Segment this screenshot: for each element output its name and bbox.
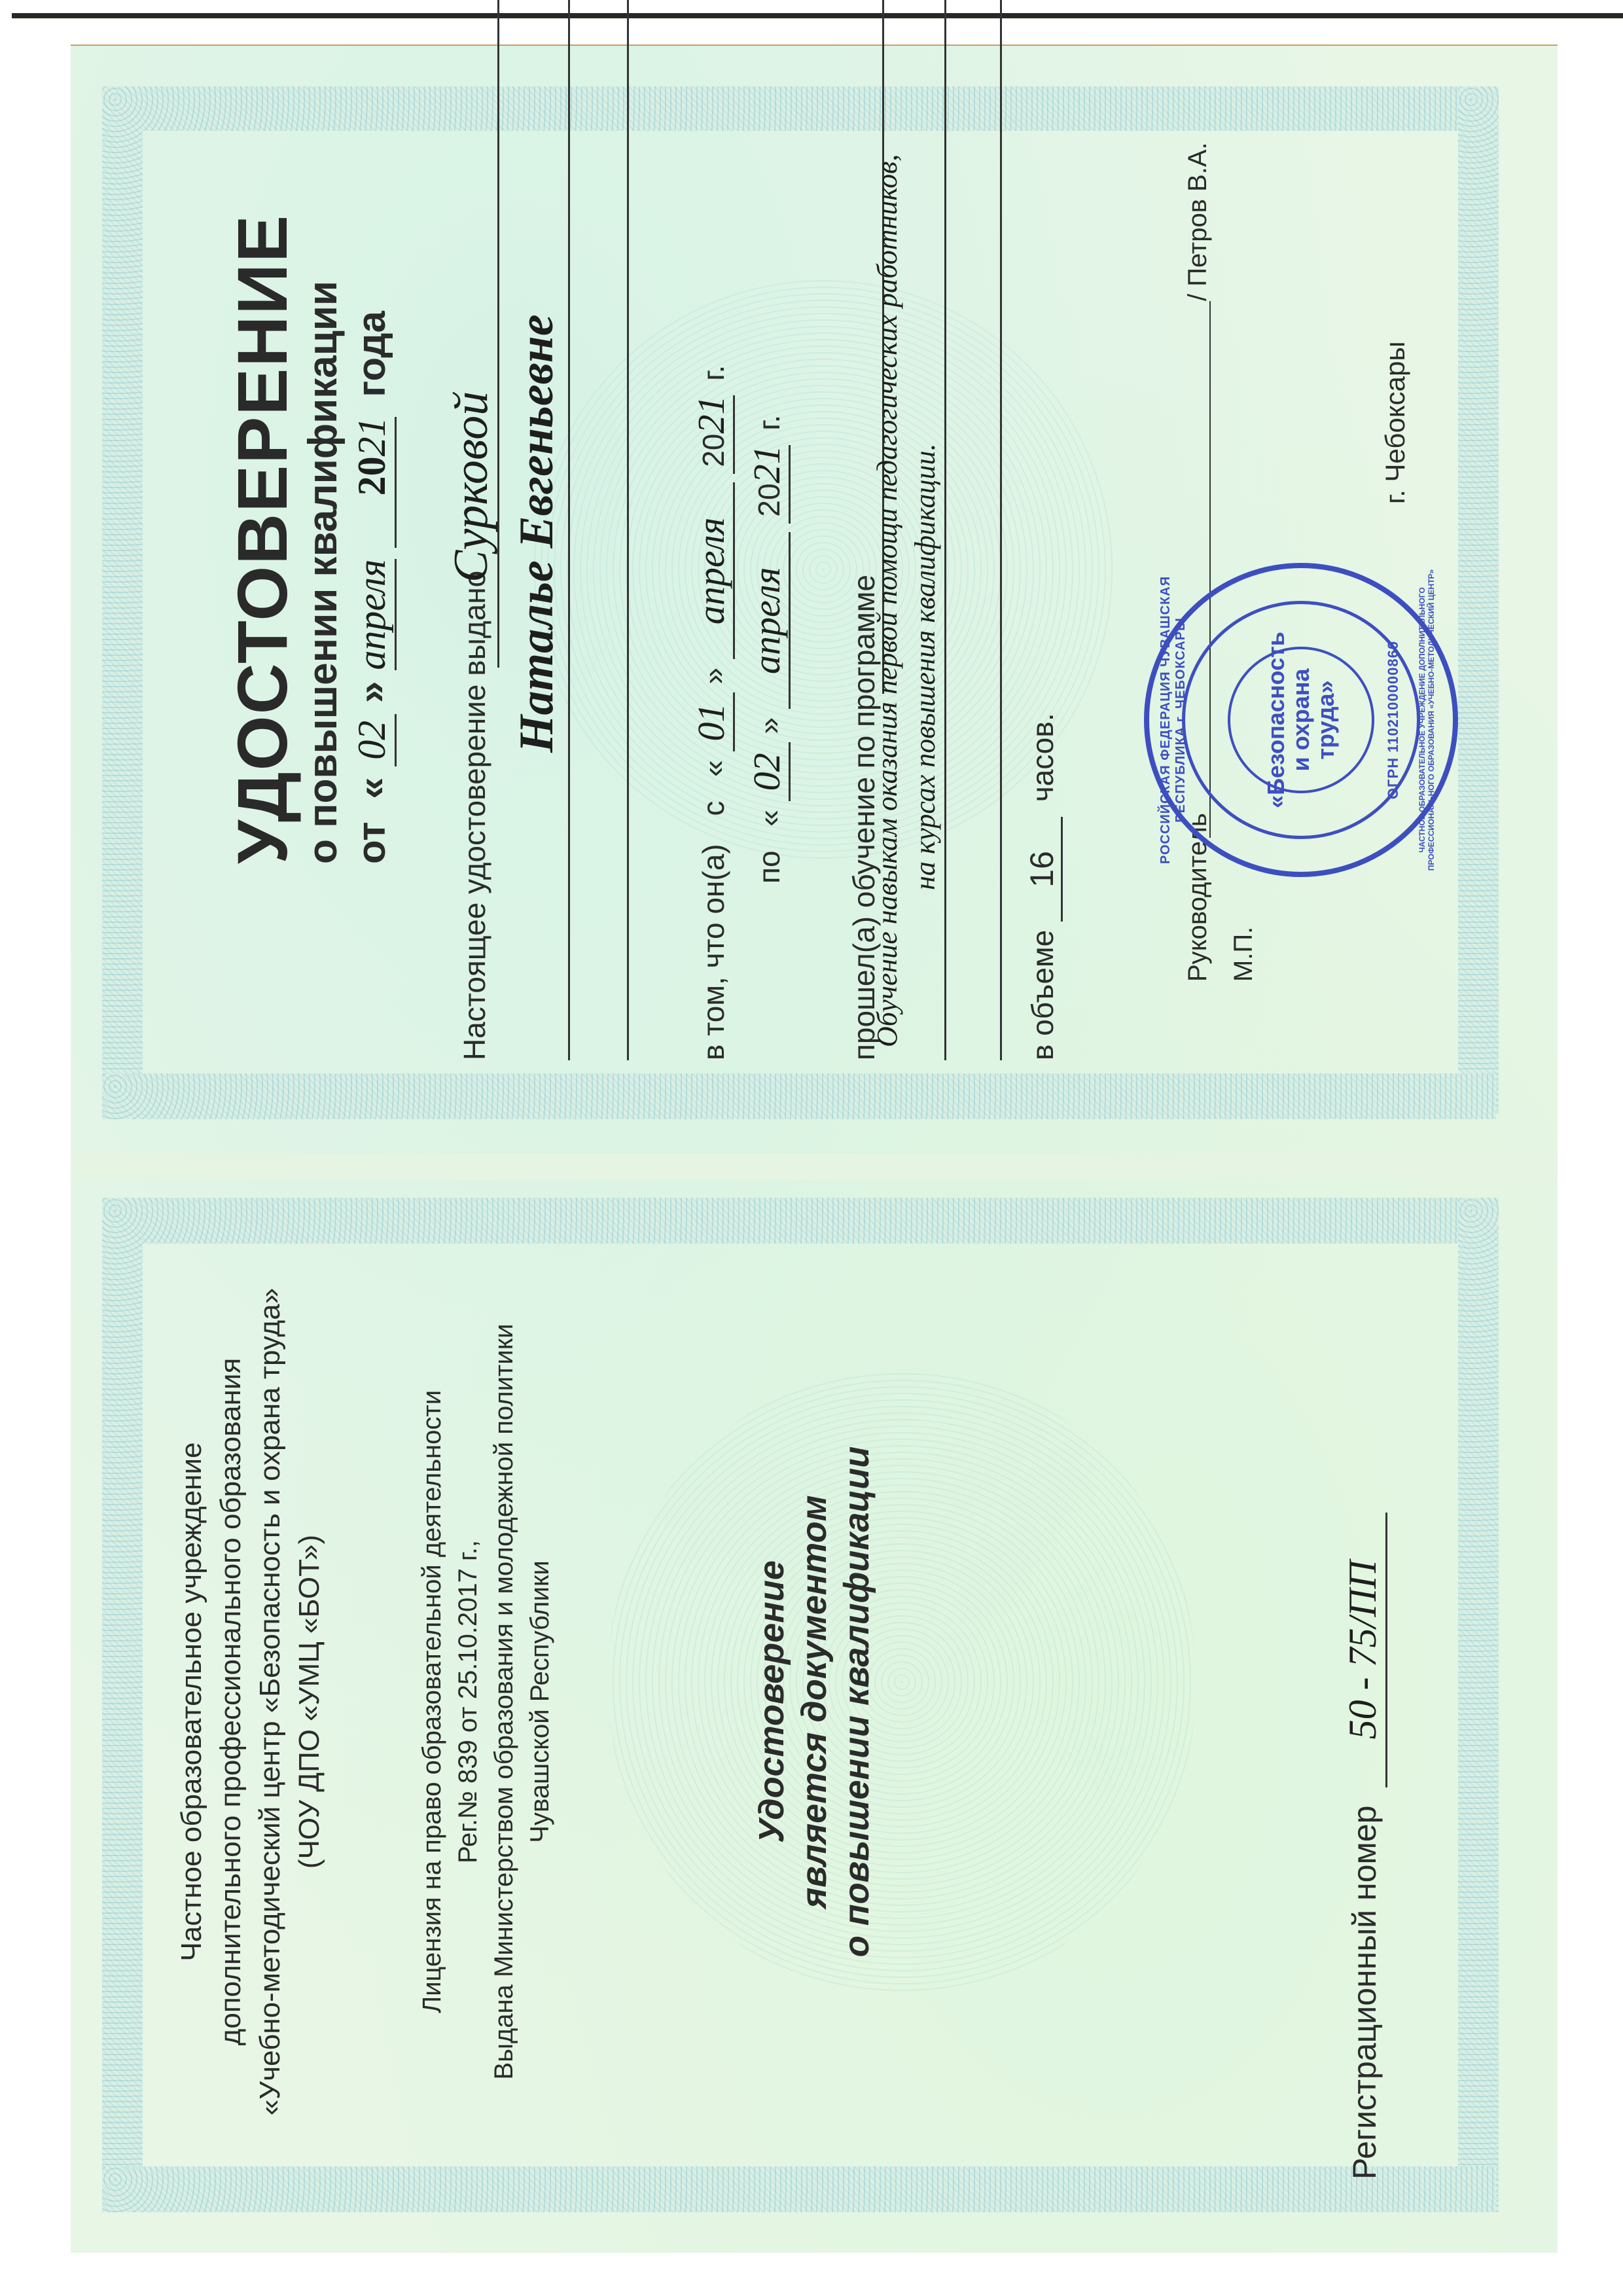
volume-line: в объеме 16 часов. — [1023, 713, 1063, 1060]
to-close-quote: » — [752, 717, 786, 734]
registration-number: 50 - 75/ПП — [1340, 1513, 1387, 1787]
volume-label: в объеме — [1026, 930, 1060, 1060]
license-line2: Рег.№ 839 от 25.10.2017 г., — [454, 1152, 483, 2251]
emblem-line3: о повышении квалификации — [836, 1152, 877, 2251]
city: г. Чебоксары — [1380, 341, 1411, 504]
issuer-org-line3: «Учебно-методический центр «Безопасность… — [254, 1152, 287, 2251]
certificate-title: УДОСТОВЕРЕНИЕ — [221, 214, 303, 864]
period-to-year-field: 2021 — [745, 445, 791, 524]
to-year-unit: г. — [752, 415, 786, 431]
emblem-line1: Удостоверение — [751, 1152, 792, 2251]
issued-to-label: Настоящее удостоверение выдано — [457, 571, 492, 1060]
recipient-given-names: Наталье Евгеньевне — [509, 314, 565, 753]
registration-line: Регистрационный номер 50 - 75/ПП — [1340, 1513, 1387, 2179]
license-line4: Чувашской Республики — [526, 1152, 555, 2251]
issue-month: апреля — [349, 559, 397, 670]
blank-rule — [627, 0, 629, 1060]
issue-year-suffix: 21 — [350, 417, 393, 456]
period-to-label: по — [752, 851, 786, 884]
official-stamp: РОССИЙСКАЯ ФЕДЕРАЦИЯ ЧУВАШСКАЯ РЕСПУБЛИК… — [1144, 563, 1458, 877]
date-suffix: года — [349, 311, 393, 397]
program-rule-3 — [1000, 0, 1002, 1060]
period-from-day: 01 — [689, 692, 735, 751]
period-from-year-prefix: 20 — [696, 434, 730, 467]
issuer-org-line4: (ЧОУ ДПО «УМЦ «БОТ») — [293, 1152, 326, 2251]
scanner-edge — [12, 13, 1623, 18]
issuer-page: Частное образовательное учреждение допол… — [71, 1152, 1558, 2251]
given-names-rule — [568, 0, 570, 1060]
license-line1: Лицензия на право образовательной деятел… — [418, 1152, 447, 2251]
to-open-quote: « — [752, 810, 786, 827]
period-to-month: апреля — [745, 532, 791, 709]
period-to-line: по « 02 » апреля 2021 г. — [745, 415, 791, 884]
program-title-line1: Обучение навыкам оказания первой помощи … — [870, 154, 904, 1047]
stamp-center-text: «Безопасность и охрана труда» — [1264, 632, 1338, 808]
certificate-page: УДОСТОВЕРЕНИЕ о повышении квалификации о… — [71, 46, 1558, 1152]
certificate-subtitle: о повышении квалификации — [300, 281, 346, 864]
period-to-year-suffix: 21 — [745, 445, 788, 483]
signatory-name: / Петров В.А. — [1183, 142, 1213, 301]
from-open-quote: « — [696, 760, 730, 777]
period-to-day: 02 — [745, 742, 791, 801]
issue-day: 02 — [349, 714, 397, 766]
recipient-surname: Сурковой — [444, 391, 499, 583]
issue-year-field: 2021 — [349, 417, 397, 548]
period-from-year-suffix: 21 — [690, 396, 732, 434]
seal-label: М.П. — [1229, 927, 1258, 982]
period-to-year-prefix: 20 — [752, 483, 786, 516]
from-close-quote: » — [696, 668, 730, 685]
period-from-line: в том, что он(а) с « 01 » апреля 2021 г. — [689, 365, 735, 1060]
program-title-line2: на курсах повышения квалификации. — [908, 444, 942, 891]
date-open-quote: « — [349, 777, 393, 798]
volume-hours: 16 — [1023, 817, 1063, 922]
volume-unit: часов. — [1026, 713, 1060, 802]
stamp-center: «Безопасность и охрана труда» — [1228, 647, 1374, 793]
registration-label: Регистрационный номер — [1346, 1806, 1383, 2179]
program-rule-2 — [944, 0, 946, 1060]
issue-date-line: от « 02 » апреля 2021 года — [349, 311, 397, 864]
issuer-org-line2: дополнительного профессионального образо… — [215, 1152, 247, 2251]
from-year-unit: г. — [696, 365, 730, 381]
date-close-quote: » — [349, 681, 393, 703]
stamp-ogrn: ОГРН 1102100000860 — [1385, 568, 1402, 872]
period-from-month: апреля — [689, 482, 735, 659]
period-label: в том, что он(а) — [696, 844, 730, 1060]
date-prefix: от — [349, 821, 393, 864]
period-from-year-field: 2021 — [689, 396, 735, 475]
license-line3: Выдана Министерством образования и молод… — [490, 1152, 519, 2251]
issuer-org-line1: Частное образовательное учреждение — [175, 1152, 208, 2251]
emblem-line2: является документом — [794, 1152, 834, 2251]
stamp-middle-text: ЧАСТНОЕ ОБРАЗОВАТЕЛЬНОЕ УЧРЕЖДЕНИЕ ДОПОЛ… — [1418, 568, 1436, 872]
issue-year-prefix: 20 — [350, 456, 393, 495]
period-from-label: с — [696, 801, 730, 816]
